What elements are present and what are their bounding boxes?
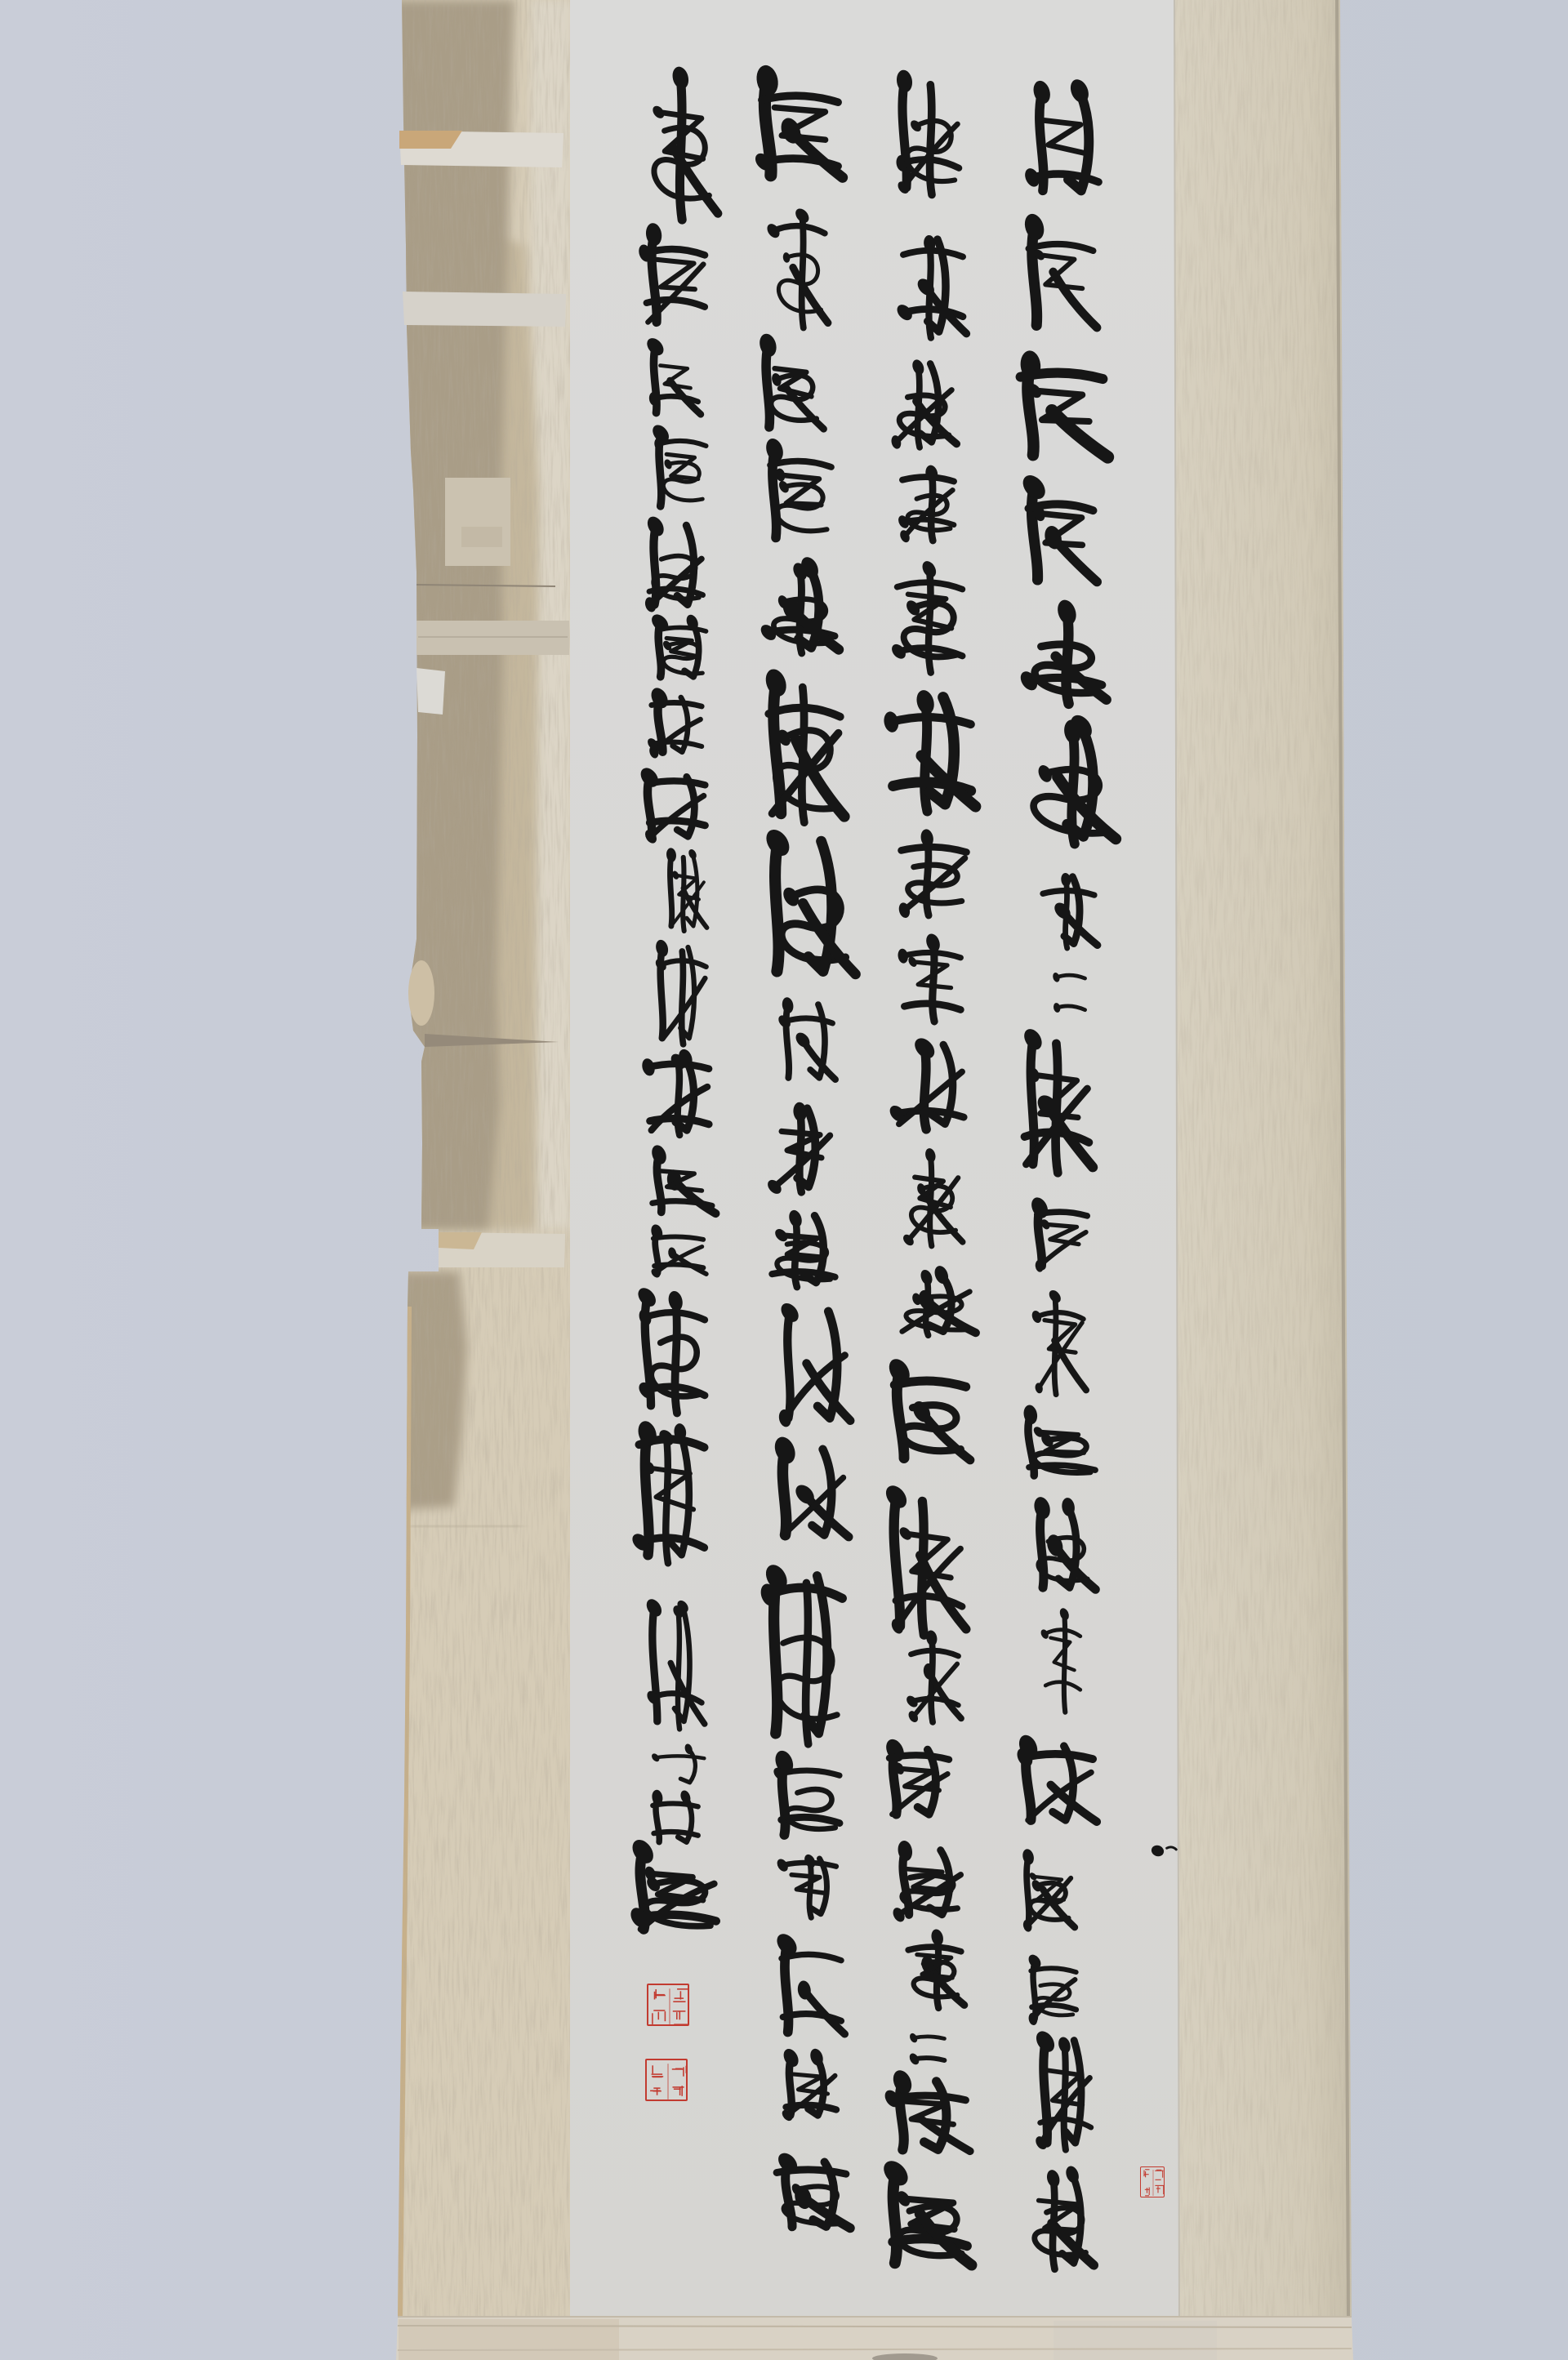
ink-marks (0, 0, 1568, 2360)
ink-dot-icon (1149, 1837, 1178, 1864)
photo-stage: 诛彩璨滂捕犊叛己席讨道丸稳垂玩帽任华作属钩河任钧辉珍我从兹吟往妙毛施浙分二眦崩嗟… (0, 0, 1568, 2360)
ink-mark (1149, 1837, 1178, 1864)
